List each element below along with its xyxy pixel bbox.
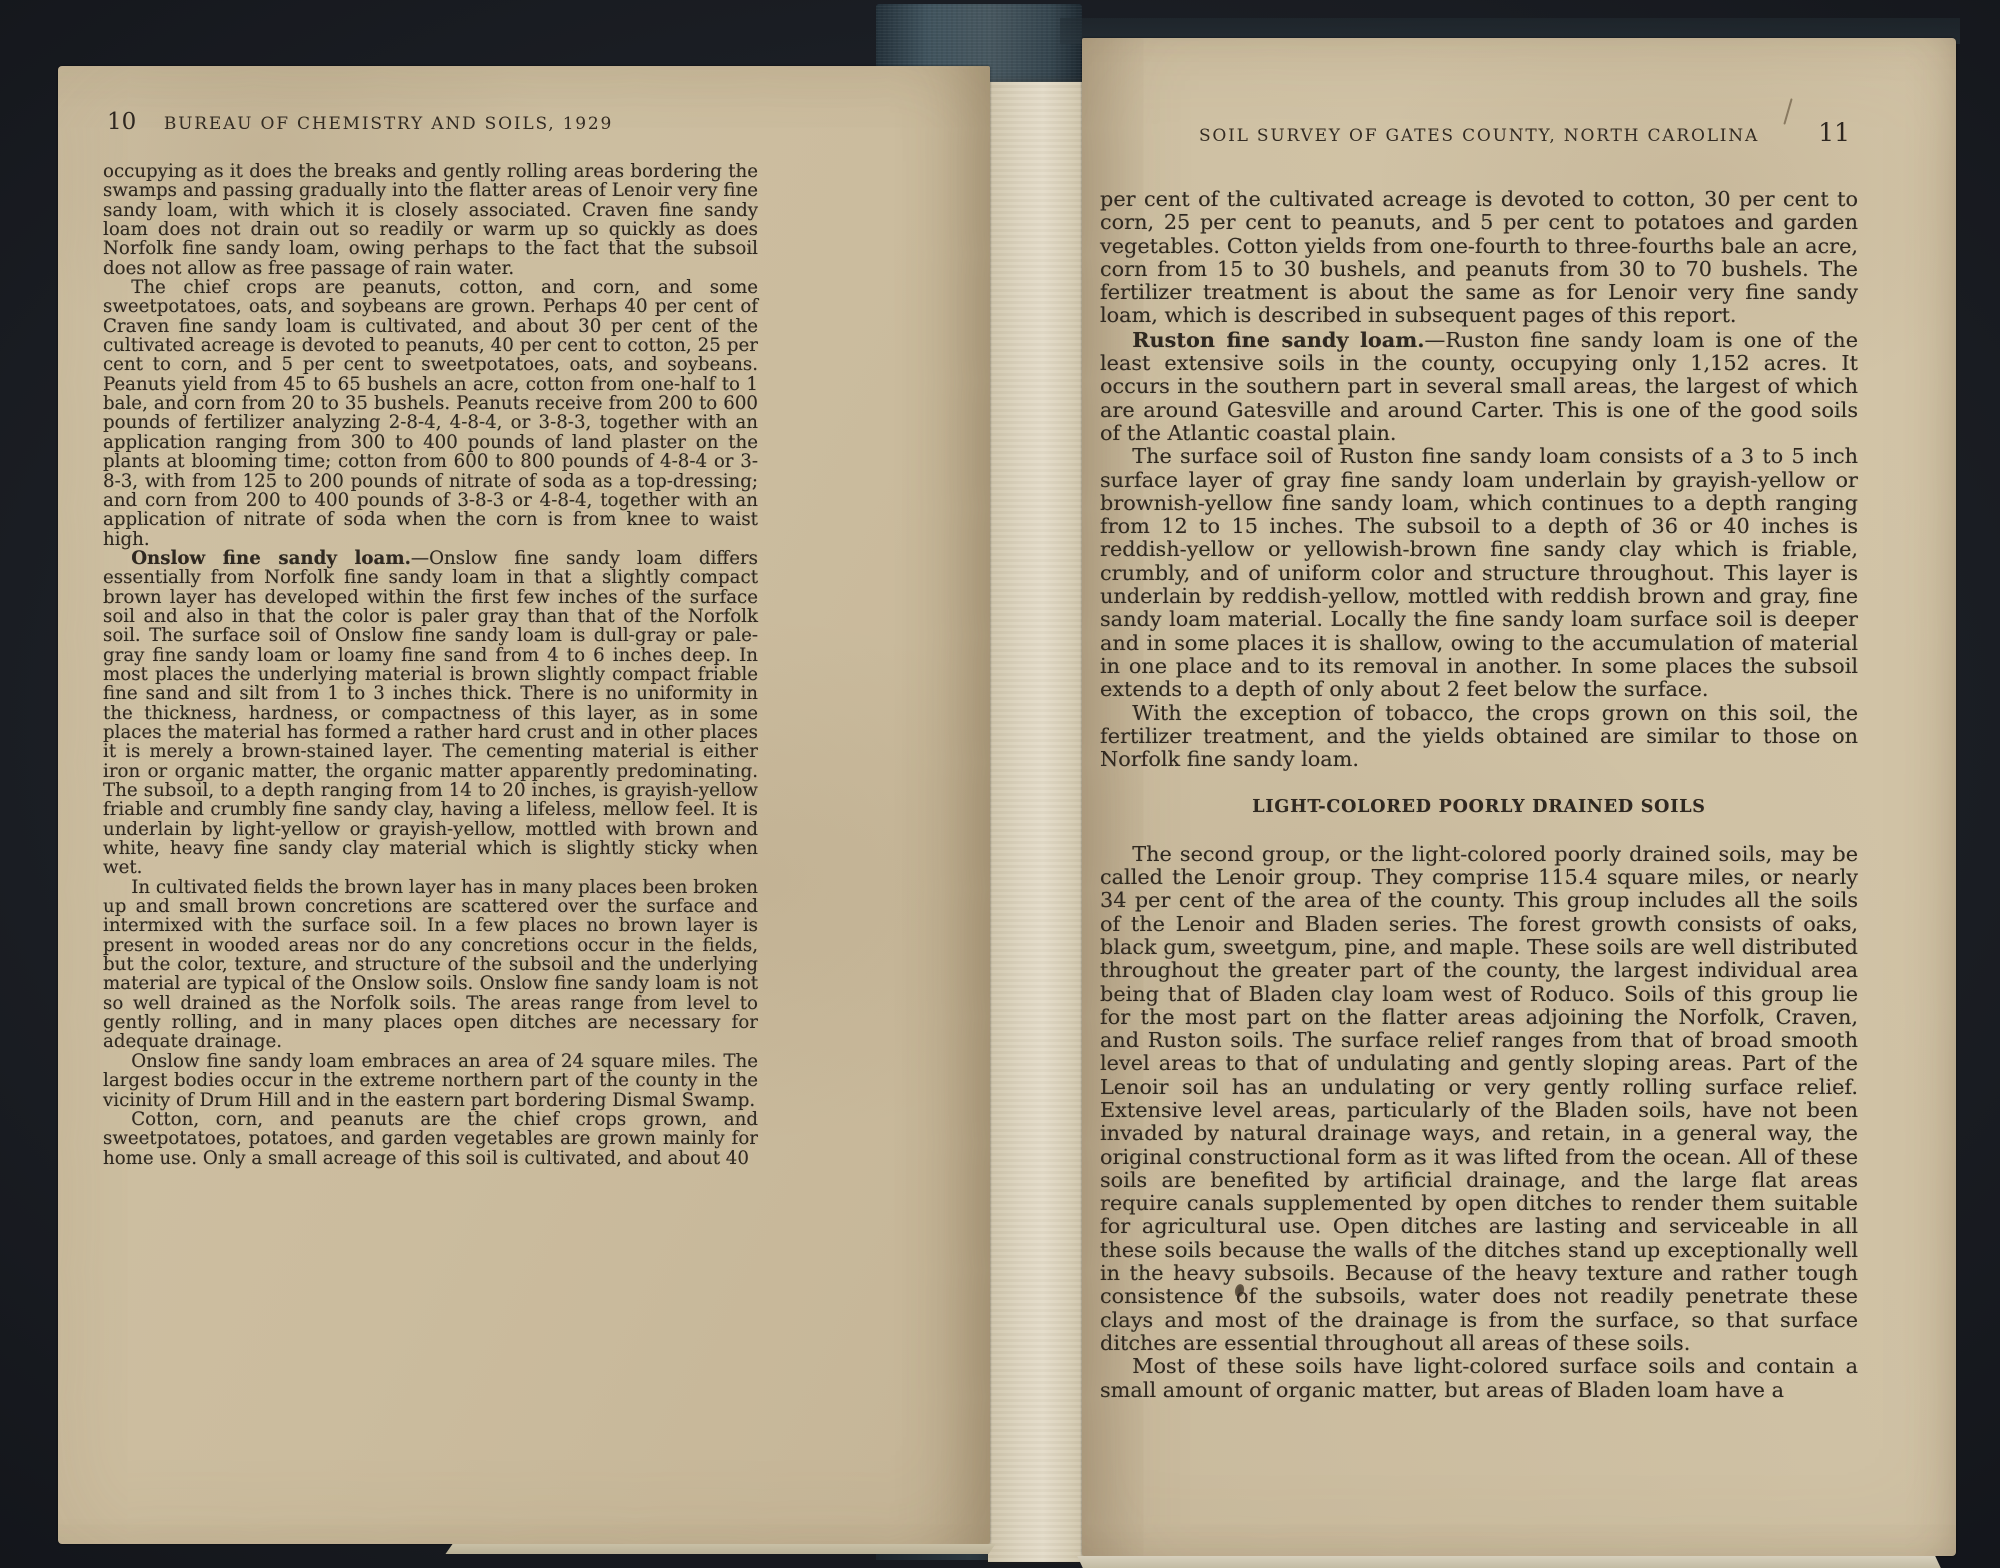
left-page-number: 10 [107, 109, 136, 135]
right-running-head: SOIL SURVEY OF GATES COUNTY, NORTH CAROL… [1100, 126, 1858, 146]
right-page: SOIL SURVEY OF GATES COUNTY, NORTH CAROL… [1082, 38, 1956, 1556]
soil-type-lead: Ruston fine sandy loam. [1132, 327, 1424, 352]
left-page-body: occupying as it does the breaks and gent… [103, 162, 758, 1168]
binding-tape [988, 82, 1088, 1562]
left-running-title: BUREAU OF CHEMISTRY AND SOILS, 1929 [103, 114, 758, 134]
section-heading: LIGHT-COLORED POORLY DRAINED SOILS [1100, 796, 1858, 819]
paragraph: The second group, or the light-colored p… [1100, 843, 1858, 1356]
paragraph: In cultivated fields the brown layer has… [103, 878, 758, 1052]
paragraph: Most of these soils have light-colored s… [1100, 1355, 1858, 1402]
paragraph: occupying as it does the breaks and gent… [103, 162, 758, 278]
book-scan: 10 BUREAU OF CHEMISTRY AND SOILS, 1929 o… [0, 0, 2000, 1568]
paragraph: With the exception of tobacco, the crops… [1100, 702, 1858, 772]
right-running-title: SOIL SURVEY OF GATES COUNTY, NORTH CAROL… [1100, 126, 1858, 146]
left-page: 10 BUREAU OF CHEMISTRY AND SOILS, 1929 o… [58, 66, 990, 1544]
left-running-head: 10 BUREAU OF CHEMISTRY AND SOILS, 1929 [103, 114, 758, 134]
soil-type-lead: Onslow fine sandy loam. [131, 548, 411, 569]
paragraph: Ruston fine sandy loam.—Ruston fine sand… [1100, 328, 1858, 445]
pen-stray-mark [1783, 98, 1792, 125]
paragraph: Onslow fine sandy loam.—Onslow fine sand… [103, 549, 758, 878]
paragraph: per cent of the cultivated acreage is de… [1100, 188, 1858, 328]
right-page-number: 11 [1818, 118, 1850, 147]
paragraph: Cotton, corn, and peanuts are the chief … [103, 1110, 758, 1168]
paragraph: The chief crops are peanuts, cotton, and… [103, 278, 758, 549]
paragraph: The surface soil of Ruston fine sandy lo… [1100, 445, 1858, 701]
right-page-body: per cent of the cultivated acreage is de… [1100, 188, 1858, 1402]
paragraph: Onslow fine sandy loam embraces an area … [103, 1052, 758, 1110]
